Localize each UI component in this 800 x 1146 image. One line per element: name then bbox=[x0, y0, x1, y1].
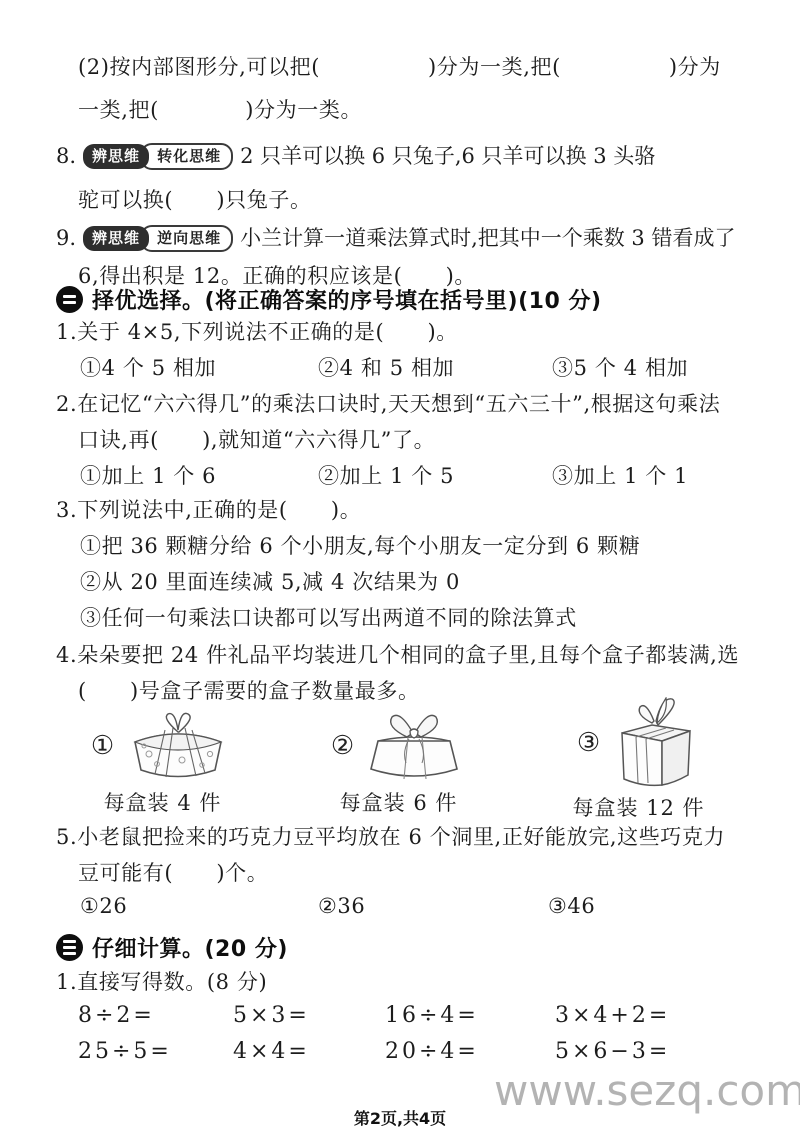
circled-number-2: ② bbox=[331, 733, 354, 759]
calc-item: 4×4= bbox=[233, 1039, 310, 1064]
gift-box-option-1: ① 每盒装 4 件 bbox=[60, 708, 265, 817]
choice-q2-options: ①加上 1 个 6 ②加上 1 个 5 ③加上 1 个 1 bbox=[80, 460, 790, 490]
choice-q1-text: 1.关于 4×5,下列说法不正确的是( )。 bbox=[56, 317, 458, 347]
choice-q1-options: ①4 个 5 相加 ②4 和 5 相加 ③5 个 4 相加 bbox=[80, 352, 790, 382]
section-two-title: 择优选择。(将正确答案的序号填在括号里)(10 分) bbox=[92, 284, 602, 315]
circled-number-1: ① bbox=[91, 733, 114, 759]
option-1: ①加上 1 个 6 bbox=[80, 460, 216, 490]
option-3: ③加上 1 个 1 bbox=[552, 460, 688, 490]
choice-q4-line2: ( )号盒子需要的盒子数量最多。 bbox=[78, 676, 420, 706]
gift-box-1-icon bbox=[122, 708, 234, 784]
choice-q3-option-3: ③任何一句乘法口诀都可以写出两道不同的除法算式 bbox=[80, 603, 577, 633]
section-two-icon bbox=[56, 286, 83, 313]
q7-part2-line1: (2)按内部图形分,可以把( )分为一类,把( )分为 bbox=[78, 52, 721, 82]
option-3: ③5 个 4 相加 bbox=[552, 352, 688, 382]
q9-badge-group: 辨思维 逆向思维 bbox=[83, 225, 233, 252]
choice-q3-option-2: ②从 20 里面连续减 5,减 4 次结果为 0 bbox=[80, 567, 460, 597]
choice-q5-line2: 豆可能有( )个。 bbox=[78, 858, 268, 888]
question-8-text: 2 只羊可以换 6 只兔子,6 只羊可以换 3 头骆 bbox=[240, 141, 655, 171]
circled-number-3: ③ bbox=[577, 730, 600, 756]
q8-badge-group: 辨思维 转化思维 bbox=[83, 143, 233, 170]
choice-q3-option-1: ①把 36 颗糖分给 6 个小朋友,每个小朋友一定分到 6 颗糖 bbox=[80, 531, 640, 561]
gift-box-option-3: ③ 每盒装 12 件 bbox=[536, 697, 741, 822]
reverse-thinking-badge: 逆向思维 bbox=[140, 225, 233, 252]
calc-item: 16÷4= bbox=[385, 1003, 479, 1028]
gift-box-2-caption: 每盒装 6 件 bbox=[296, 787, 501, 817]
choice-q2-line1: 2.在记忆“六六得几”的乘法口诀时,天天想到“五六三十”,根据这句乘法 bbox=[56, 389, 720, 419]
question-9-text: 小兰计算一道乘法算式时,把其中一个乘数 3 错看成了 bbox=[240, 223, 735, 253]
gift-box-2-icon bbox=[362, 708, 466, 784]
calc-row-1: 8÷2= 5×3= 16÷4= 3×4+2= bbox=[78, 1003, 793, 1035]
calc-subsection-label: 1.直接写得数。(8 分) bbox=[56, 967, 267, 997]
option-2: ②4 和 5 相加 bbox=[318, 352, 454, 382]
gift-box-3-caption: 每盒装 12 件 bbox=[536, 792, 741, 822]
section-three-title: 仔细计算。(20 分) bbox=[92, 932, 288, 963]
option-2: ②36 bbox=[318, 894, 365, 918]
transform-thinking-badge: 转化思维 bbox=[140, 143, 233, 170]
calc-item: 25÷5= bbox=[78, 1039, 172, 1064]
question-9-number: 9. bbox=[56, 223, 76, 253]
option-1: ①26 bbox=[80, 894, 127, 918]
question-9-row: 9. 辨思维 逆向思维 小兰计算一道乘法算式时,把其中一个乘数 3 错看成了 bbox=[56, 223, 735, 253]
choice-q4-line1: 4.朵朵要把 24 件礼品平均装进几个相同的盒子里,且每个盒子都装满,选 bbox=[56, 640, 739, 670]
section-three-icon bbox=[56, 934, 83, 961]
thinking-badge: 辨思维 bbox=[83, 226, 149, 251]
calc-item: 20÷4= bbox=[385, 1039, 479, 1064]
calc-item: 8÷2= bbox=[78, 1003, 155, 1028]
calc-item: 3×4+2= bbox=[555, 1003, 670, 1028]
thinking-badge: 辨思维 bbox=[83, 144, 149, 169]
gift-box-3-icon bbox=[608, 697, 700, 789]
choice-q5-options: ①26 ②36 ③46 bbox=[80, 894, 790, 924]
section-two-header: 择优选择。(将正确答案的序号填在括号里)(10 分) bbox=[56, 284, 602, 315]
question-8-row: 8. 辨思维 转化思维 2 只羊可以换 6 只兔子,6 只羊可以换 3 头骆 bbox=[56, 141, 655, 171]
question-8-number: 8. bbox=[56, 141, 76, 171]
gift-box-option-2: ② 每盒装 6 件 bbox=[296, 708, 501, 817]
option-1: ①4 个 5 相加 bbox=[80, 352, 216, 382]
question-8-line2: 驼可以换( )只兔子。 bbox=[78, 185, 312, 215]
choice-q2-line2: 口诀,再( ),就知道“六六得几”了。 bbox=[78, 425, 435, 455]
calc-item: 5×3= bbox=[233, 1003, 310, 1028]
option-2: ②加上 1 个 5 bbox=[318, 460, 454, 490]
option-3: ③46 bbox=[548, 894, 595, 918]
choice-q5-line1: 5.小老鼠把捡来的巧克力豆平均放在 6 个洞里,正好能放完,这些巧克力 bbox=[56, 822, 725, 852]
gift-box-1-caption: 每盒装 4 件 bbox=[60, 787, 265, 817]
page-number-label: 第2页,共4页 bbox=[0, 1106, 800, 1129]
section-three-header: 仔细计算。(20 分) bbox=[56, 932, 288, 963]
worksheet-page: (2)按内部图形分,可以把( )分为一类,把( )分为 一类,把( )分为一类。… bbox=[0, 0, 800, 1146]
q7-part2-line2: 一类,把( )分为一类。 bbox=[78, 95, 362, 125]
calc-item: 5×6−3= bbox=[555, 1039, 670, 1064]
choice-q3-text: 3.下列说法中,正确的是( )。 bbox=[56, 495, 361, 525]
